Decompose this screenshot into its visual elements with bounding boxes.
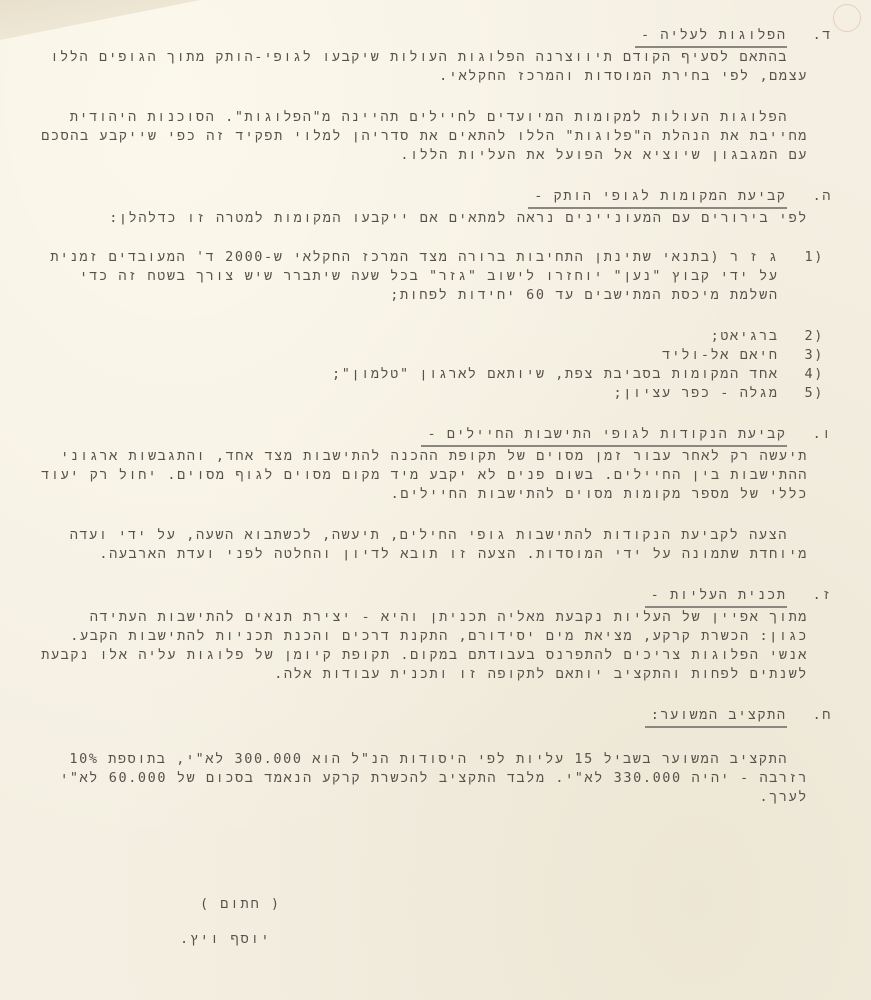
section-heading: ו. קביעת הנקודות לגופי התישבות החיילים - (32, 425, 832, 447)
list-item: (5 מגלה - כפר עציון; (32, 384, 832, 403)
section-paragraph: תיעשה רק לאחר עבור זמן מסוים של תקופת הה… (32, 447, 832, 504)
section-d: ד. הפלוגות לעליה - בהתאם לסעיף הקודם תיו… (32, 26, 832, 165)
list-text: אחד המקומות בסביבת צפת, שיותאם לארגון "ט… (32, 365, 779, 384)
section-paragraph: בהתאם לסעיף הקודם תיווצרנה הפלוגות העולו… (32, 48, 832, 86)
list-number: (1 (805, 248, 832, 305)
list-item: (2 ברגיאט; (32, 327, 832, 346)
section-heading: ח. התקציב המשוער: (32, 706, 832, 728)
section-letter: ח. (813, 706, 832, 725)
locations-list: (1 ג ז ר (בתנאי שתינתן התחיבות ברורה מצד… (32, 248, 832, 305)
typed-document: ד. הפלוגות לעליה - בהתאם לסעיף הקודם תיו… (32, 26, 832, 829)
section-v: ו. קביעת הנקודות לגופי התישבות החיילים -… (32, 425, 832, 564)
list-item: (1 ג ז ר (בתנאי שתינתן התחיבות ברורה מצד… (32, 248, 832, 305)
list-text: ברגיאט; (32, 327, 779, 346)
list-number: (3 (805, 346, 832, 365)
list-item: (4 אחד המקומות בסביבת צפת, שיותאם לארגון… (32, 365, 832, 384)
section-title: הפלוגות לעליה - (635, 26, 787, 48)
section-letter: ד. (813, 26, 832, 45)
section-z: ז. תכנית העליות - מתוך אפיין של העליות נ… (32, 586, 832, 684)
section-heading: ה. קביעת המקומות לגופי הותק - (32, 187, 832, 209)
section-title: קביעת הנקודות לגופי התישבות החיילים - (421, 425, 786, 447)
list-number: (4 (805, 365, 832, 384)
list-text: ג ז ר (בתנאי שתינתן התחיבות ברורה מצד המ… (32, 248, 779, 305)
list-text: חיאם אל-וליד (32, 346, 779, 365)
list-number: (2 (805, 327, 832, 346)
section-letter: ז. (813, 586, 832, 605)
section-title: התקציב המשוער: (645, 706, 787, 728)
section-h: ה. קביעת המקומות לגופי הותק - לפי בירורי… (32, 187, 832, 403)
section-letter: ה. (813, 187, 832, 206)
list-number: (5 (805, 384, 832, 403)
section-paragraph: הפלוגות העולות למקומות המיועדים לחיילים … (32, 108, 832, 165)
section-paragraph: התקציב המשוער בשביל 15 עליות לפי היסודות… (32, 750, 832, 807)
section-heading: ד. הפלוגות לעליה - (32, 26, 832, 48)
signed-label: ( חתום ) (180, 896, 281, 913)
locations-list-continued: (2 ברגיאט; (3 חיאם אל-וליד (4 אחד המקומו… (32, 327, 832, 403)
signature-block: ( חתום ) יוסף ויץ. (180, 896, 281, 966)
section-title: קביעת המקומות לגופי הותק - (528, 187, 786, 209)
stamp-mark (833, 4, 861, 32)
signatory-name: יוסף ויץ. (180, 931, 281, 948)
section-paragraph: לפי בירורים עם המעוניינים נראה למתאים אם… (32, 209, 832, 228)
section-ch: ח. התקציב המשוער: התקציב המשוער בשביל 15… (32, 706, 832, 807)
section-heading: ז. תכנית העליות - (32, 586, 832, 608)
list-item: (3 חיאם אל-וליד (32, 346, 832, 365)
section-title: תכנית העליות - (645, 586, 787, 608)
section-paragraph: מתוך אפיין של העליות נקבעת מאליה תכניתן … (32, 608, 832, 684)
section-letter: ו. (813, 425, 832, 444)
list-text: מגלה - כפר עציון; (32, 384, 779, 403)
section-paragraph: הצעה לקביעת הנקודות להתישבות גופי החילים… (32, 526, 832, 564)
